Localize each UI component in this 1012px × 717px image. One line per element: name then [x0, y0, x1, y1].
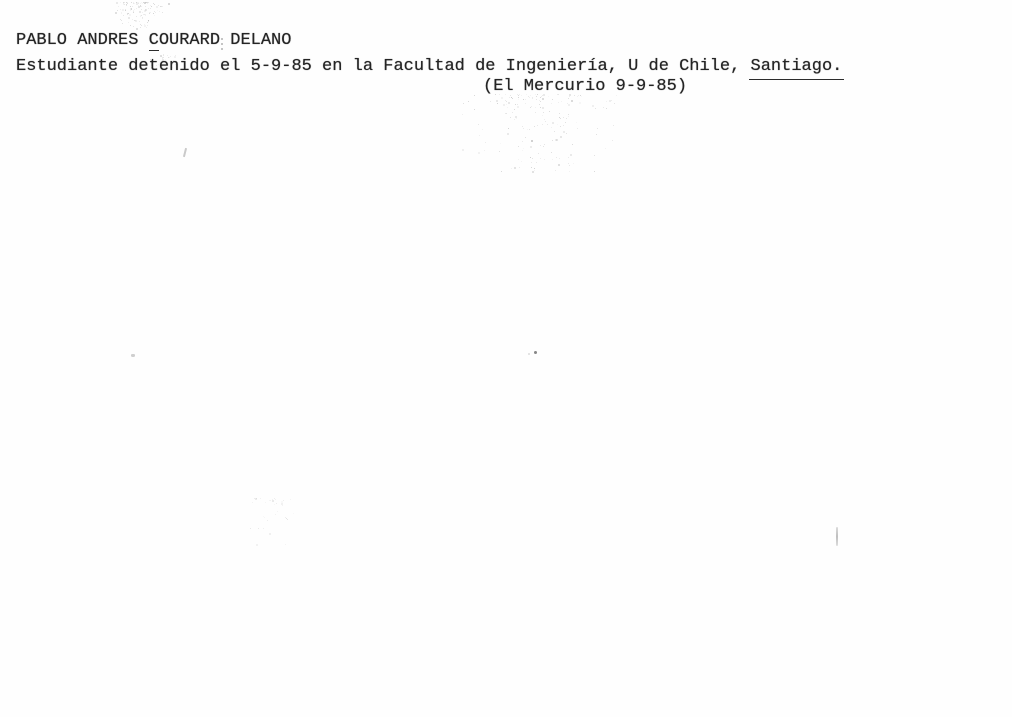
source-citation-line: (El Mercurio 9-9-85) — [483, 76, 687, 98]
person-name-line: PABLO ANDRES COURARD DELANO — [16, 30, 291, 52]
scan-mark-vertical-line — [836, 527, 838, 546]
source-citation-text: (El Mercurio 9-9-85) — [483, 77, 687, 96]
scan-speckle-lower-left — [243, 498, 301, 548]
name-text-after: OURARD DELANO — [159, 31, 292, 50]
scan-mark-slash — [183, 148, 187, 157]
name-text-before: PABLO ANDRES — [16, 31, 149, 50]
detention-text: Estudiante detenido el 5-9-85 en la Facu… — [16, 57, 751, 76]
scan-mark-dot-left — [131, 354, 135, 357]
scanned-document: PABLO ANDRES COURARD DELANO Estudiante d… — [0, 0, 1012, 717]
scan-mark-dot-center — [534, 351, 537, 354]
name-underlined-letter: C — [149, 31, 159, 51]
city-underlined-word: Santiago. — [749, 57, 845, 80]
scan-smudge-top — [110, 2, 172, 28]
detention-record-line: Estudiante detenido el 5-9-85 en la Facu… — [16, 56, 842, 78]
scan-speckle-cloud-below-source — [455, 94, 625, 172]
